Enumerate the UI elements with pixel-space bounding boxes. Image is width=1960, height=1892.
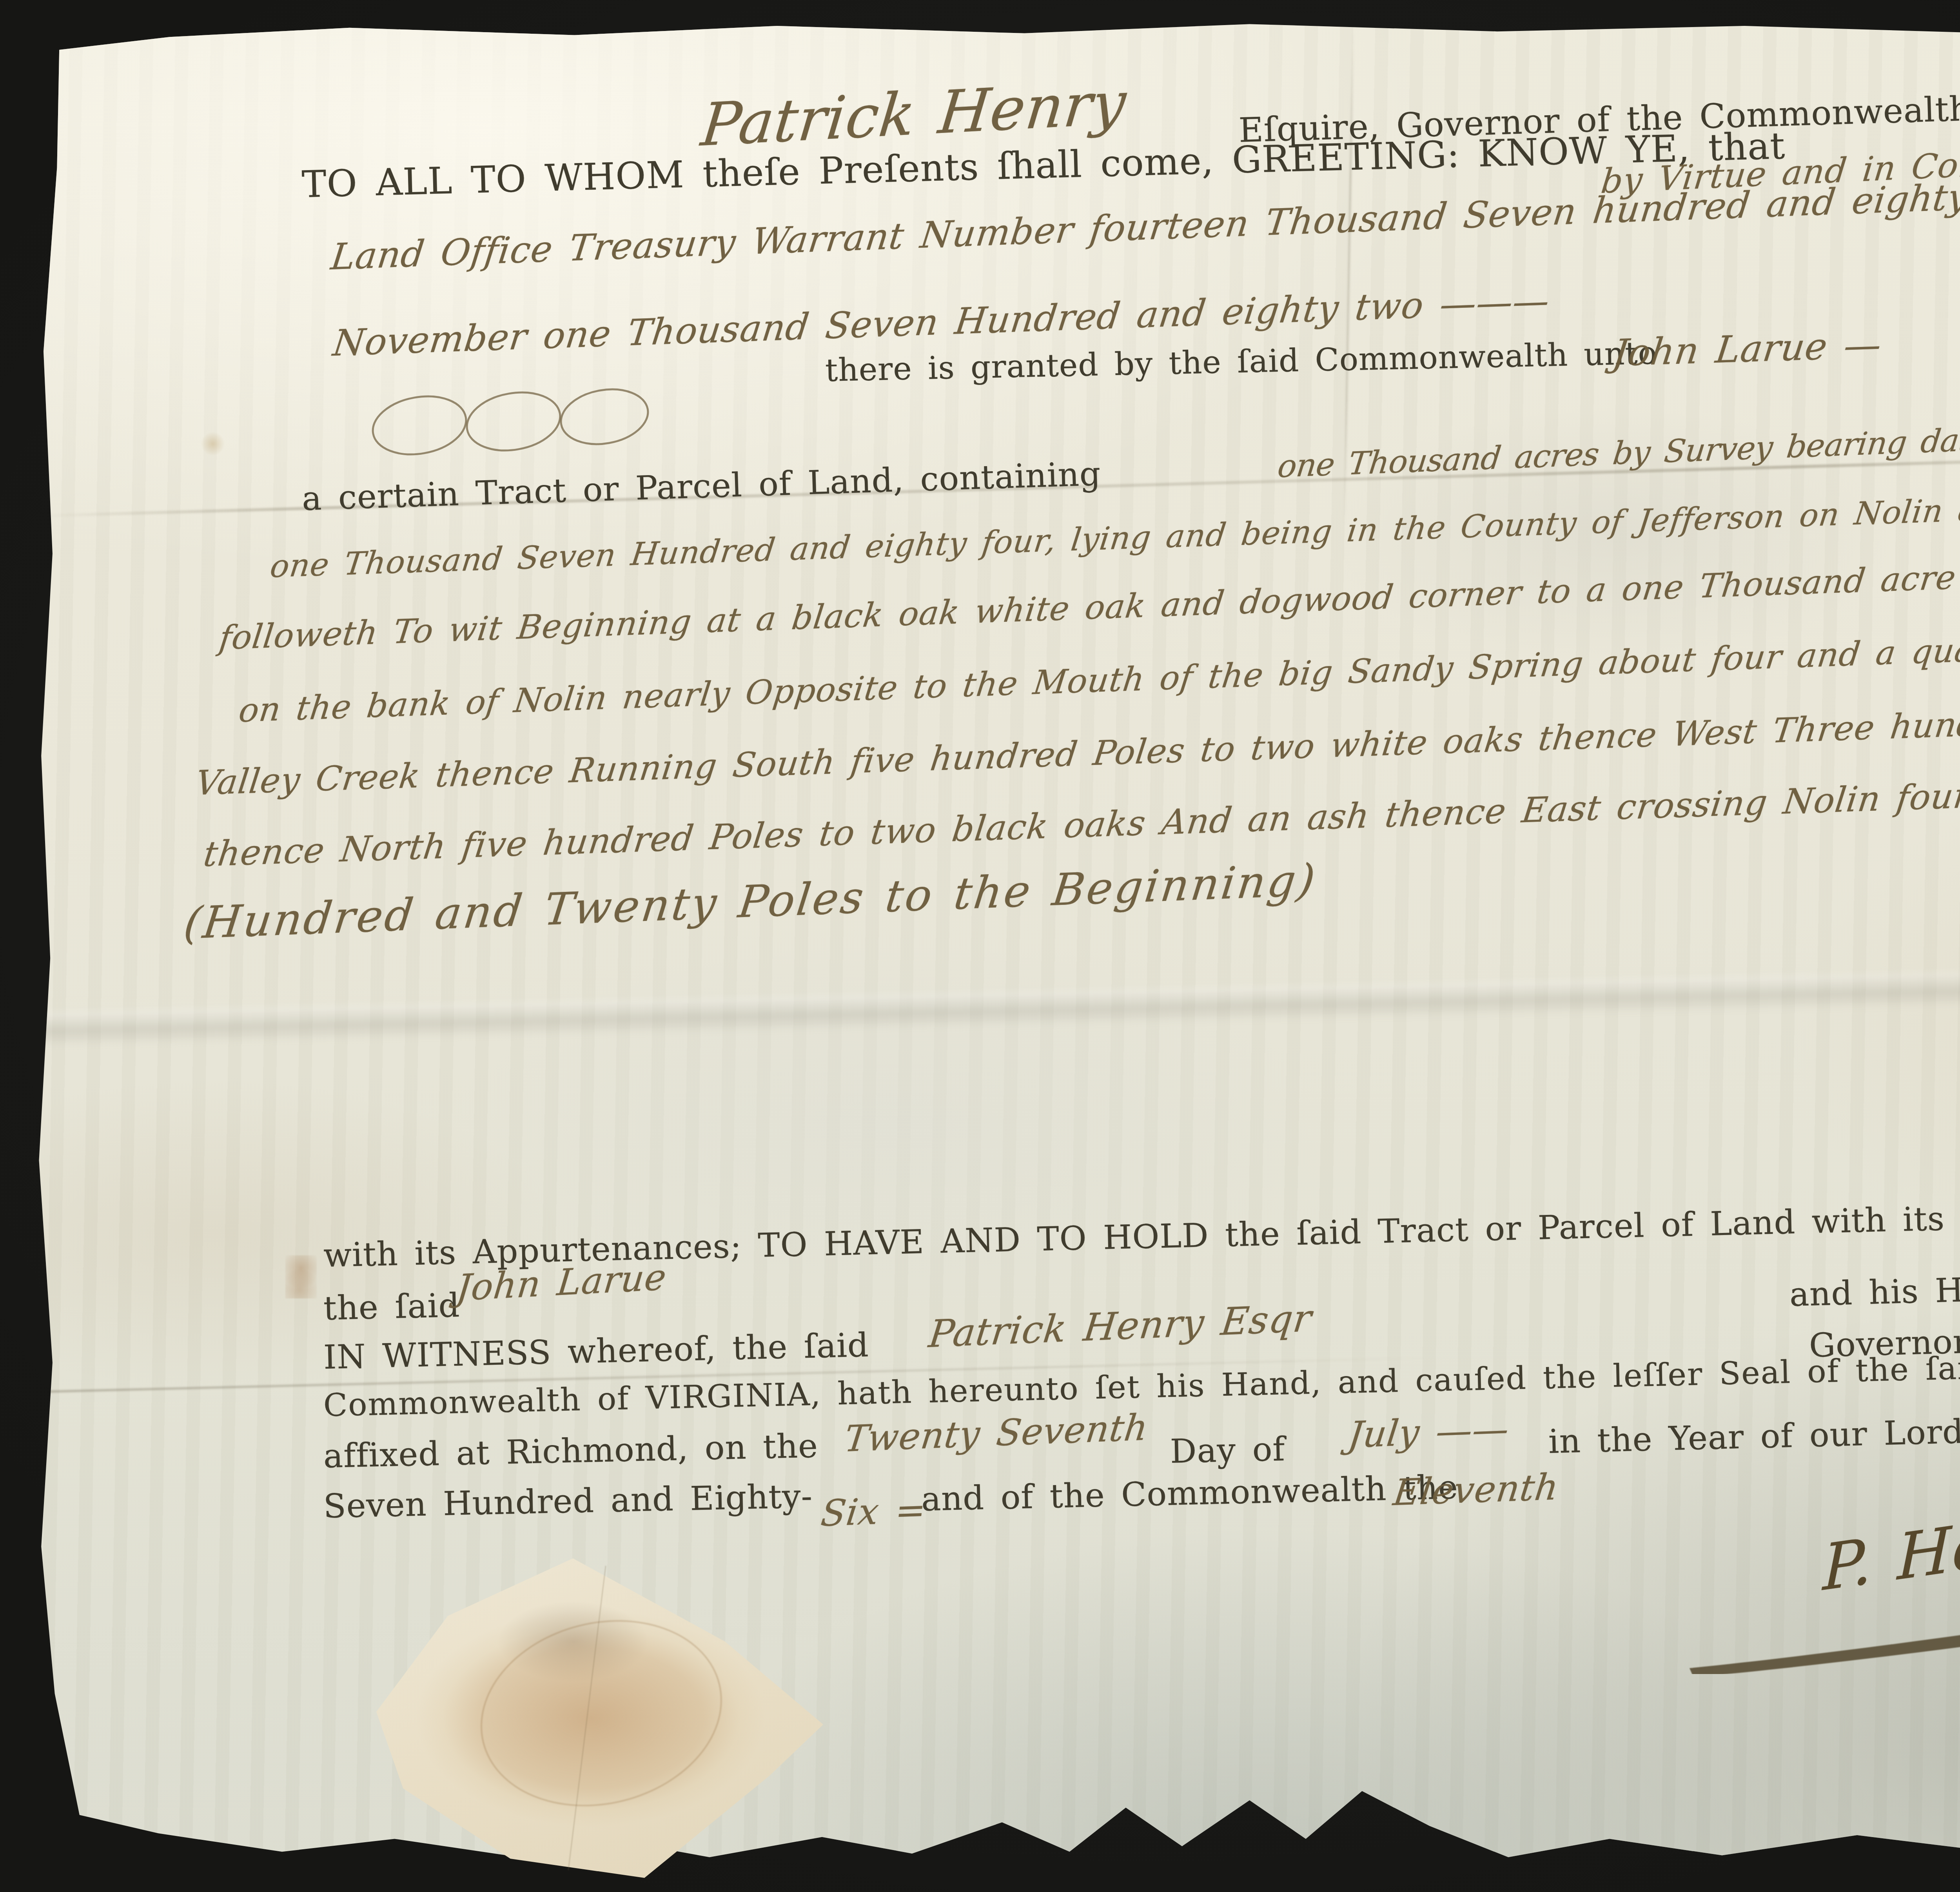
fold-shadow-middle <box>34 965 1960 1048</box>
printed-affixed-richmond: affixed at Richmond, on the <box>323 1429 818 1473</box>
page-background: Patrick Henry Eſquire, Governor of the C… <box>0 0 1960 1892</box>
handwritten-month: July —— <box>1346 1411 1511 1453</box>
handwritten-commonwealth-year: Eleventh <box>1391 1469 1561 1511</box>
printed-the-said: the ſaid <box>323 1289 460 1325</box>
handwritten-year-suffix: Six = <box>819 1492 928 1532</box>
printed-day-of: Day of <box>1170 1433 1285 1468</box>
ink-dots-left-margin <box>285 1255 317 1298</box>
foxing-spot-left <box>199 432 227 456</box>
handwritten-grantee-name-2: John Larue <box>455 1259 668 1307</box>
handwritten-grantee-name: John Larue — <box>1611 327 1884 372</box>
paper-seal-wafer <box>376 1558 823 1878</box>
signature-underline-flourish <box>1682 1580 1960 1674</box>
printed-seven-hundred-eighty: Seven Hundred and Eighty- <box>323 1480 813 1523</box>
loop-flourish <box>365 382 678 461</box>
